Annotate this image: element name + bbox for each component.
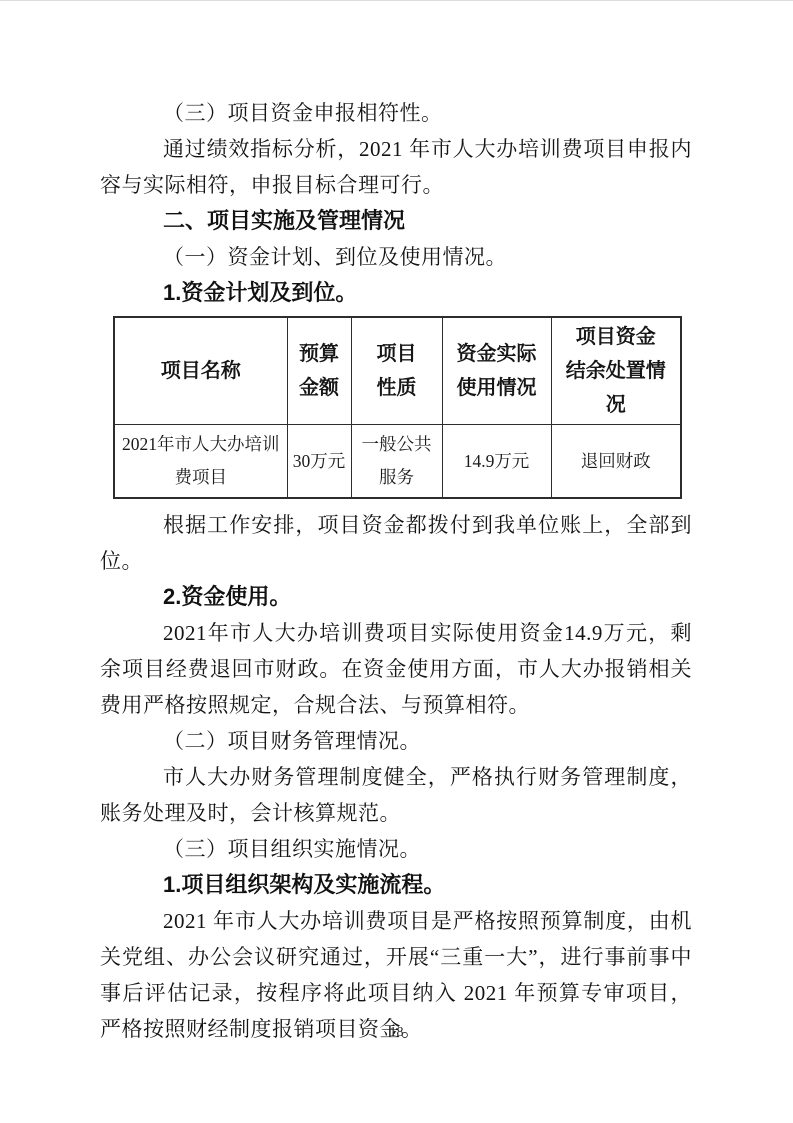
table-cell-budget-amount: 30万元 bbox=[287, 425, 351, 499]
table-row: 2021年市人大办培训 费项目 30万元 一般公共 服务 14.9万元 退回财政 bbox=[114, 425, 681, 499]
paragraph-fund-arrival: 根据工作安排，项目资金都拨付到我单位账上，全部到位。 bbox=[100, 507, 692, 579]
column-header-project-type: 项目 性质 bbox=[351, 317, 442, 425]
paragraph-fund-use-body: 2021年市人大办培训费项目实际使用资金14.9万元，剩余项目经费退回市财政。在… bbox=[100, 615, 692, 723]
table-cell-project-type: 一般公共 服务 bbox=[351, 425, 442, 499]
document-content: （三）项目资金申报相符性。 通过绩效指标分析，2021 年市人大办培训费项目申报… bbox=[100, 95, 692, 1047]
subsection-heading-fund-use: 2.资金使用。 bbox=[100, 579, 692, 615]
paragraph-fund-declaration-body: 通过绩效指标分析，2021 年市人大办培训费项目申报内容与实际相符，申报目标合理… bbox=[100, 131, 692, 203]
paragraph-finance-management-body: 市人大办财务管理制度健全，严格执行财务管理制度，账务处理及时，会计核算规范。 bbox=[100, 759, 692, 831]
column-header-surplus-disposal: 项目资金 结余处置情 况 bbox=[551, 317, 681, 425]
table-header-row: 项目名称 预算 金额 项目 性质 资金实际 使用情况 项目资金 结余处置情 况 bbox=[114, 317, 681, 425]
table-cell-project-name: 2021年市人大办培训 费项目 bbox=[114, 425, 287, 499]
column-header-budget-amount: 预算 金额 bbox=[287, 317, 351, 425]
page-number: 18 bbox=[0, 1025, 793, 1041]
column-header-actual-usage: 资金实际 使用情况 bbox=[442, 317, 551, 425]
document-page: （三）项目资金申报相符性。 通过绩效指标分析，2021 年市人大办培训费项目申报… bbox=[0, 0, 793, 1123]
table-cell-actual-usage: 14.9万元 bbox=[442, 425, 551, 499]
table-cell-surplus-disposal: 退回财政 bbox=[551, 425, 681, 499]
column-header-project-name: 项目名称 bbox=[114, 317, 287, 425]
paragraph-fund-plan-subtitle: （一）资金计划、到位及使用情况。 bbox=[100, 239, 692, 275]
paragraph-organization-subtitle: （三）项目组织实施情况。 bbox=[100, 831, 692, 867]
subsection-heading-organization: 1.项目组织架构及实施流程。 bbox=[100, 867, 692, 903]
subsection-heading-fund-plan: 1.资金计划及到位。 bbox=[100, 275, 692, 311]
paragraph-finance-management-subtitle: （二）项目财务管理情况。 bbox=[100, 723, 692, 759]
fund-plan-table: 项目名称 预算 金额 项目 性质 资金实际 使用情况 项目资金 结余处置情 况 … bbox=[113, 316, 682, 499]
paragraph-fund-declaration-title: （三）项目资金申报相符性。 bbox=[100, 95, 692, 131]
section-heading-implementation: 二、项目实施及管理情况 bbox=[100, 203, 692, 239]
